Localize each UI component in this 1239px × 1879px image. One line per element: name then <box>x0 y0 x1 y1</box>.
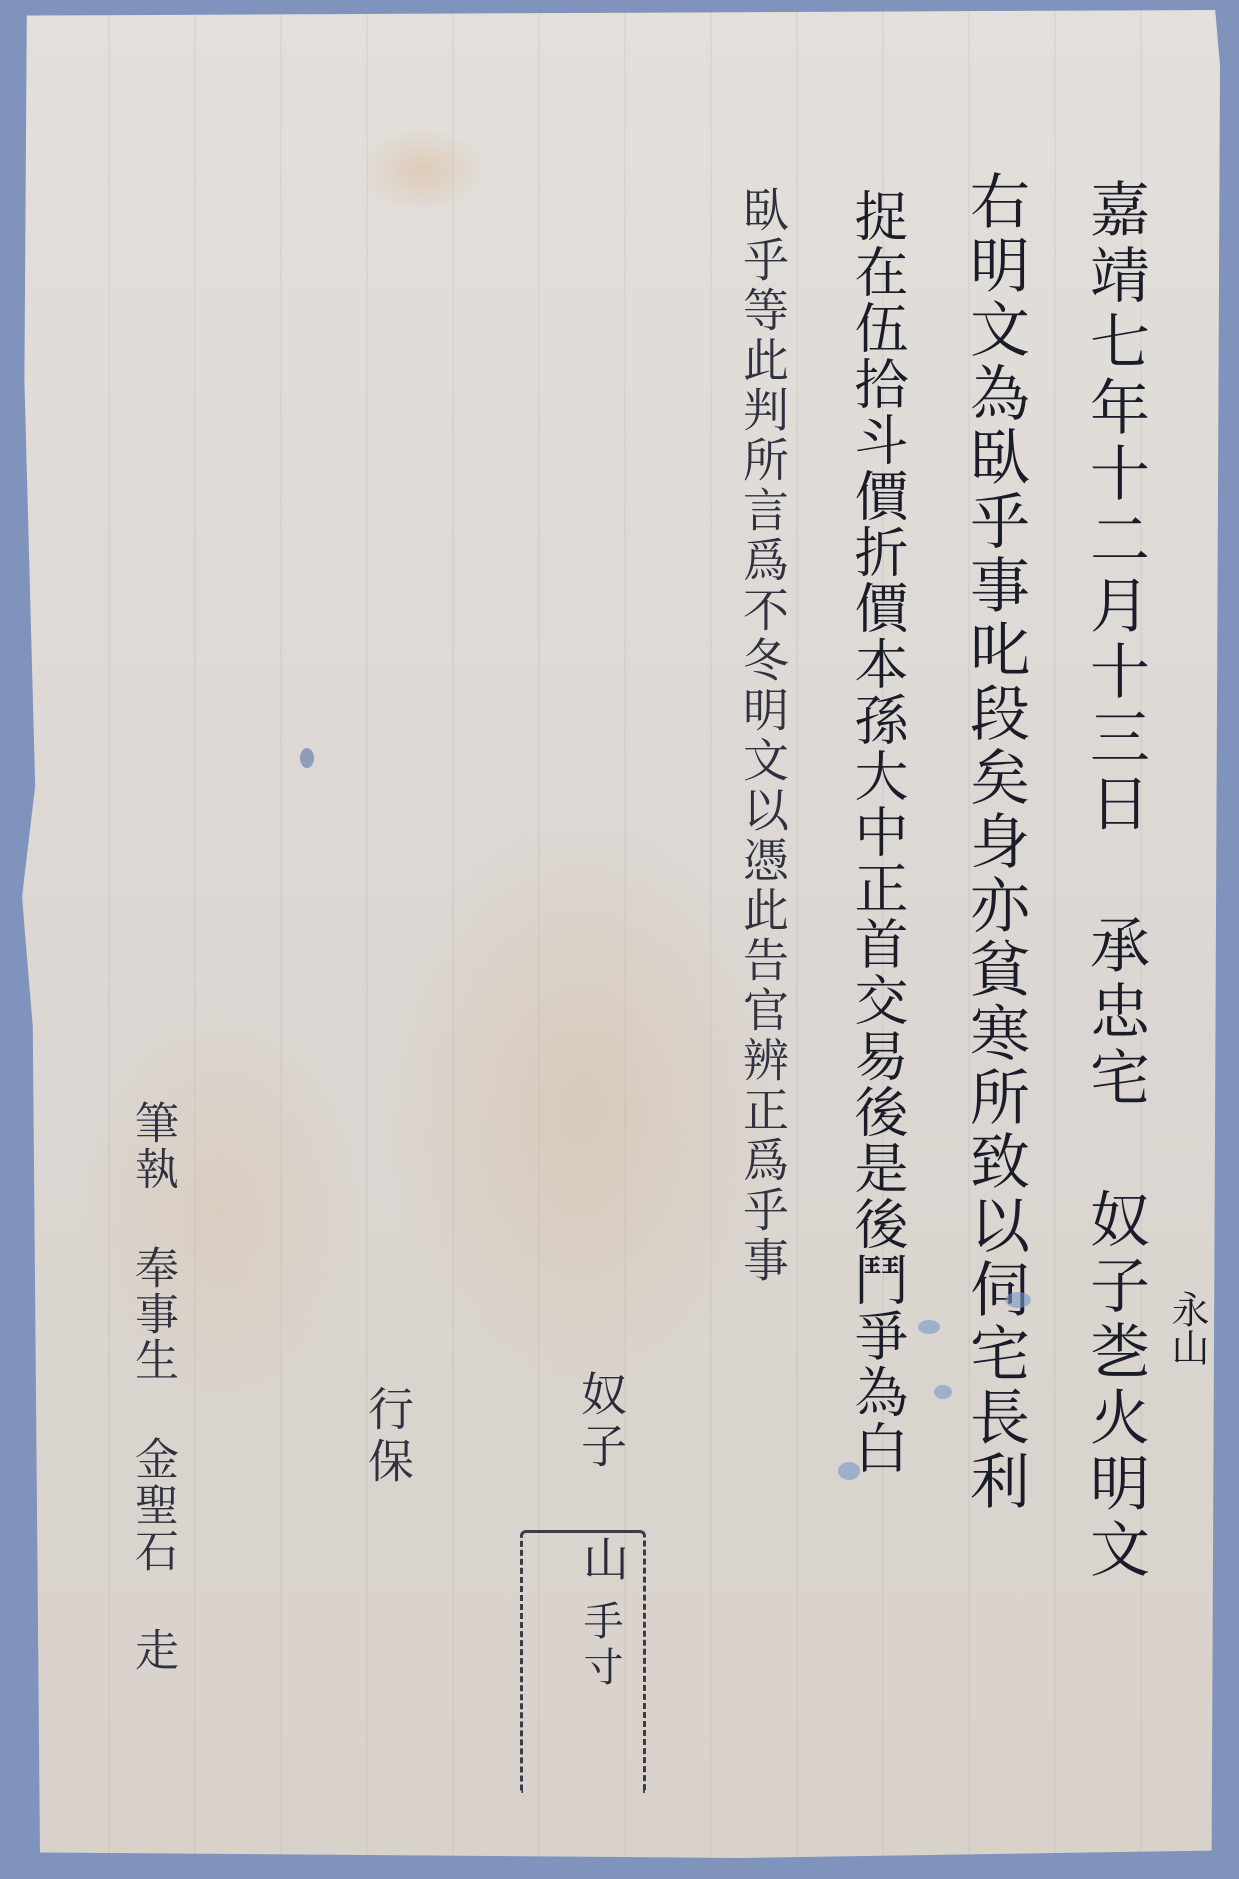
ink-stain <box>300 748 314 768</box>
date-line: 嘉靖七年十二月十三日 承忠宅 奴子㐘火明文 <box>1085 178 1145 1598</box>
body-column-3: 臥乎等此判所言爲不冬明文以憑此告官辨正爲乎事 <box>740 186 786 1826</box>
ink-stain <box>1005 1292 1031 1308</box>
ink-stain <box>838 1462 860 1480</box>
body-column-1: 右明文為臥乎事叱段矣身亦貧寒所致以伺宅長利 <box>965 170 1025 1810</box>
signature-principal-mark: 手寸 <box>580 1600 620 1692</box>
body-column-2: 捉在伍拾斗價折價本孫大中正首交易後是後鬥爭為白 <box>850 188 904 1828</box>
signature-principal-name: 山 <box>580 1535 626 1587</box>
signature-scribe: 筆執 奉事生 金聖石 走 <box>130 1100 174 1673</box>
ink-stain <box>934 1385 952 1399</box>
side-note: 永山 <box>1160 1290 1215 1366</box>
ink-stain <box>918 1320 940 1334</box>
signature-witness: 行保 <box>365 1385 411 1489</box>
signature-principal-label: 奴子 <box>578 1370 624 1474</box>
